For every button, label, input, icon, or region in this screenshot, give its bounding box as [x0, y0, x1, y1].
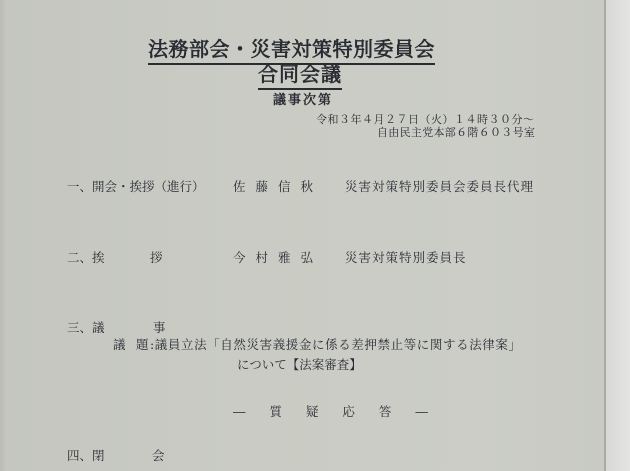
- item-2-role: 災害対策特別委員長: [345, 248, 467, 266]
- item-2-person: 今村雅弘: [233, 248, 323, 266]
- item-3-label-end: 事: [153, 318, 166, 336]
- meeting-place: 自由民主党本部６階６０３号室: [377, 124, 535, 140]
- topic-text: :議員立法「自然災害義援金に係る差押禁止等に関する法律案」: [150, 335, 522, 353]
- topic-label-b: 題: [136, 335, 149, 353]
- topic-text-line-2: について【法案審査】: [237, 355, 362, 373]
- item-1-label: 一、開会・挨拶（進行）: [67, 177, 205, 195]
- item-1-person: 佐藤信秋: [233, 177, 323, 195]
- item-4-label: 四、閉: [67, 446, 105, 464]
- title-line-2: 合同会議: [258, 58, 342, 90]
- qa-heading: ― 質 疑 応 答 ―: [233, 402, 438, 420]
- item-2-label-end: 拶: [150, 248, 163, 266]
- item-3-label: 三、議: [67, 318, 105, 336]
- underlying-page: [606, 0, 630, 471]
- page-shadow: [0, 0, 8, 471]
- item-2-label: 二、挨: [67, 248, 105, 266]
- item-1-role: 災害対策特別委員会委員長代理: [345, 177, 534, 195]
- topic-label-a: 議: [113, 335, 126, 353]
- subtitle: 議事次第: [273, 89, 333, 108]
- item-4-label-end: 会: [152, 446, 165, 464]
